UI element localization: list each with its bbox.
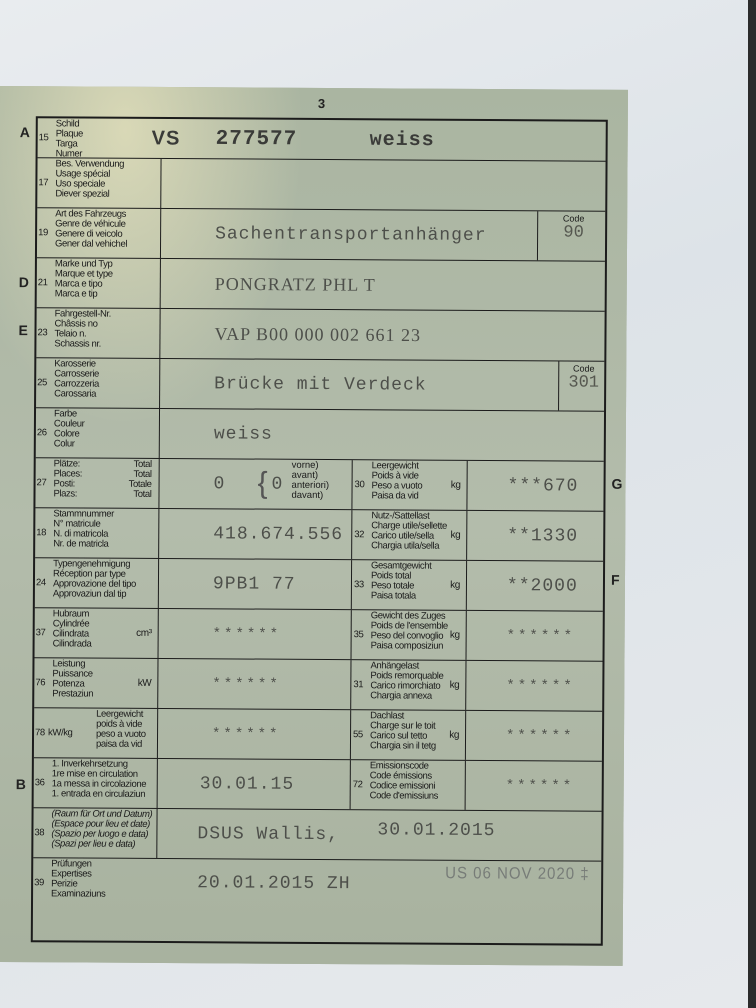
brace-icon: { bbox=[257, 464, 267, 504]
seats-front-labels: vorne) avant) anteriori) davant) bbox=[291, 461, 329, 501]
seats-total-labels: Total Total Totale Total bbox=[121, 460, 151, 500]
field-plate: 15 Schild Plaque Targa Numer VS 277577 w… bbox=[38, 118, 606, 161]
special-use-label: 17 Bes. Verwendung Usage spécial Uso spe… bbox=[37, 158, 161, 208]
place-value: DSUS Wallis, bbox=[197, 824, 339, 845]
roof-load-value: ****** bbox=[506, 728, 575, 744]
row-power-towable: 76 Leistung Puissance Potenza Prestaziun… bbox=[34, 658, 602, 711]
matriculation-label: 18 Stammnummer N° matricule N. di matric… bbox=[35, 508, 159, 558]
row-power-weight-roof: 78 kW/kg Leergewicht poids à vide peso a… bbox=[34, 708, 602, 761]
plate-canton: VS bbox=[152, 127, 181, 150]
displacement-value: ****** bbox=[213, 626, 282, 642]
field-vehicle-type: 19 Art des Fahrzeugs Genre de véhicule G… bbox=[37, 208, 605, 261]
field-inspections: 39 Prüfungen Expertises Perizie Examinaz… bbox=[33, 858, 602, 945]
towable-load-value: ****** bbox=[506, 678, 575, 694]
empty-weight-label: 30 Leergewicht Poids à vide Peso a vuoto… bbox=[353, 460, 467, 510]
row-first-registration-emission: 36 1. Inverkehrsetzung 1re mise en circu… bbox=[34, 758, 602, 811]
emission-code-label: 72 Emissionscode Code émissions Codice e… bbox=[352, 760, 466, 810]
power-weight-value: ****** bbox=[212, 726, 281, 742]
make-model-value: PONGRATZ PHL T bbox=[215, 273, 376, 295]
plate-label: 15 Schild Plaque Targa Numer bbox=[38, 118, 162, 158]
payload-value: **1330 bbox=[507, 526, 578, 546]
row-seats-empty-weight: 27 Plätze: Places: Posti: Plazs: Total T… bbox=[35, 458, 603, 511]
registration-form: 15 Schild Plaque Targa Numer VS 277577 w… bbox=[31, 116, 608, 945]
towable-load-label: 31 Anhängelast Poids remorquable Carico … bbox=[352, 660, 466, 710]
make-model-label: 21 Marke und Typ Marque et type Marca e … bbox=[37, 258, 161, 308]
side-letter-e: E bbox=[18, 322, 27, 338]
seats-total-value: 0 bbox=[214, 474, 226, 494]
side-letter-a: A bbox=[20, 124, 30, 140]
inspection-stamp: US 06 NOV 2020 ‡ bbox=[445, 864, 590, 884]
chassis-value: VAP B00 000 002 661 23 bbox=[214, 323, 421, 345]
power-weight-label: 78 kW/kg Leergewicht poids à vide peso a… bbox=[34, 708, 158, 758]
vehicle-registration-document: 3 A D E B G F 15 Schild Plaque Targa Num… bbox=[0, 86, 628, 966]
body-code: Code 301 bbox=[558, 361, 608, 410]
field-special-use: 17 Bes. Verwendung Usage spécial Uso spe… bbox=[37, 158, 605, 211]
first-registration-label: 36 1. Inverkehrsetzung 1re mise en circu… bbox=[34, 758, 158, 808]
total-weight-label: 33 Gesamtgewicht Poids total Peso totale… bbox=[353, 560, 467, 610]
inspections-value: 20.01.2015 ZH bbox=[197, 873, 351, 894]
displacement-label: 37 Hubraum Cylindrée Cilindrata Cilindra… bbox=[35, 608, 159, 658]
field-place-date: 38 (Raum für Ort und Datum) (Espace pour… bbox=[33, 808, 601, 861]
plate-color: weiss bbox=[370, 128, 435, 151]
combination-weight-label: 35 Gewicht des Zuges Poids de l'ensemble… bbox=[353, 610, 467, 660]
roof-load-label: 55 Dachlast Charge sur le toit Carico su… bbox=[352, 710, 466, 760]
emission-code-value: ****** bbox=[506, 778, 575, 794]
vehicle-type-label: 19 Art des Fahrzeugs Genre de véhicule G… bbox=[37, 208, 161, 258]
empty-weight-value: ***670 bbox=[508, 476, 579, 496]
matriculation-value: 418.674.556 bbox=[213, 524, 343, 545]
combination-weight-value: ****** bbox=[507, 628, 576, 644]
row-matriculation-payload: 18 Stammnummer N° matricule N. di matric… bbox=[35, 508, 603, 561]
monitor-bezel bbox=[748, 0, 756, 1008]
color-label: 26 Farbe Couleur Colore Colur bbox=[36, 408, 160, 458]
vehicle-type-value: Sachentransportanhänger bbox=[215, 224, 487, 246]
total-weight-value: **2000 bbox=[507, 576, 578, 596]
side-letter-f: F bbox=[611, 572, 620, 588]
type-approval-value: 9PB1 77 bbox=[213, 574, 296, 595]
power-label: 76 Leistung Puissance Potenza Prestaziun… bbox=[34, 658, 158, 708]
page-number: 3 bbox=[318, 96, 325, 111]
seats-label: 27 Plätze: Places: Posti: Plazs: Total T… bbox=[35, 458, 159, 508]
body-label: 25 Karosserie Carrosserie Carrozzeria Ca… bbox=[36, 358, 160, 408]
place-date-label: 38 (Raum für Ort und Datum) (Espace pour… bbox=[33, 808, 157, 858]
field-chassis: 23 Fahrgestell-Nr. Châssis no Telaio n. … bbox=[36, 308, 604, 361]
chassis-label: 23 Fahrgestell-Nr. Châssis no Telaio n. … bbox=[36, 308, 160, 358]
first-registration-value: 30.01.15 bbox=[200, 774, 295, 795]
field-body: 25 Karosserie Carrosserie Carrozzeria Ca… bbox=[36, 358, 604, 411]
payload-label: 32 Nutz-/Sattellast Charge utile/sellett… bbox=[353, 510, 467, 560]
side-letter-g: G bbox=[612, 476, 623, 492]
field-make-model: 21 Marke und Typ Marque et type Marca e … bbox=[37, 258, 605, 311]
side-letter-d: D bbox=[19, 274, 29, 290]
side-letter-b: B bbox=[16, 776, 26, 792]
row-type-approval-total-weight: 24 Typengenehmigung Réception par type A… bbox=[35, 558, 603, 611]
row-displacement-combination: 37 Hubraum Cylindrée Cilindrata Cilindra… bbox=[35, 608, 603, 661]
plate-number: 277577 bbox=[216, 127, 298, 150]
color-value: weiss bbox=[214, 424, 273, 444]
vehicle-type-code: Code 90 bbox=[537, 211, 609, 260]
inspections-label: 39 Prüfungen Expertises Perizie Examinaz… bbox=[33, 858, 157, 909]
field-color: 26 Farbe Couleur Colore Colur weiss bbox=[36, 408, 604, 461]
seats-front-value: 0 bbox=[272, 474, 284, 494]
type-approval-label: 24 Typengenehmigung Réception par type A… bbox=[35, 558, 159, 608]
power-value: ****** bbox=[212, 676, 281, 692]
body-value: Brücke mit Verdeck bbox=[214, 374, 427, 395]
date-value: 30.01.2015 bbox=[377, 820, 495, 841]
